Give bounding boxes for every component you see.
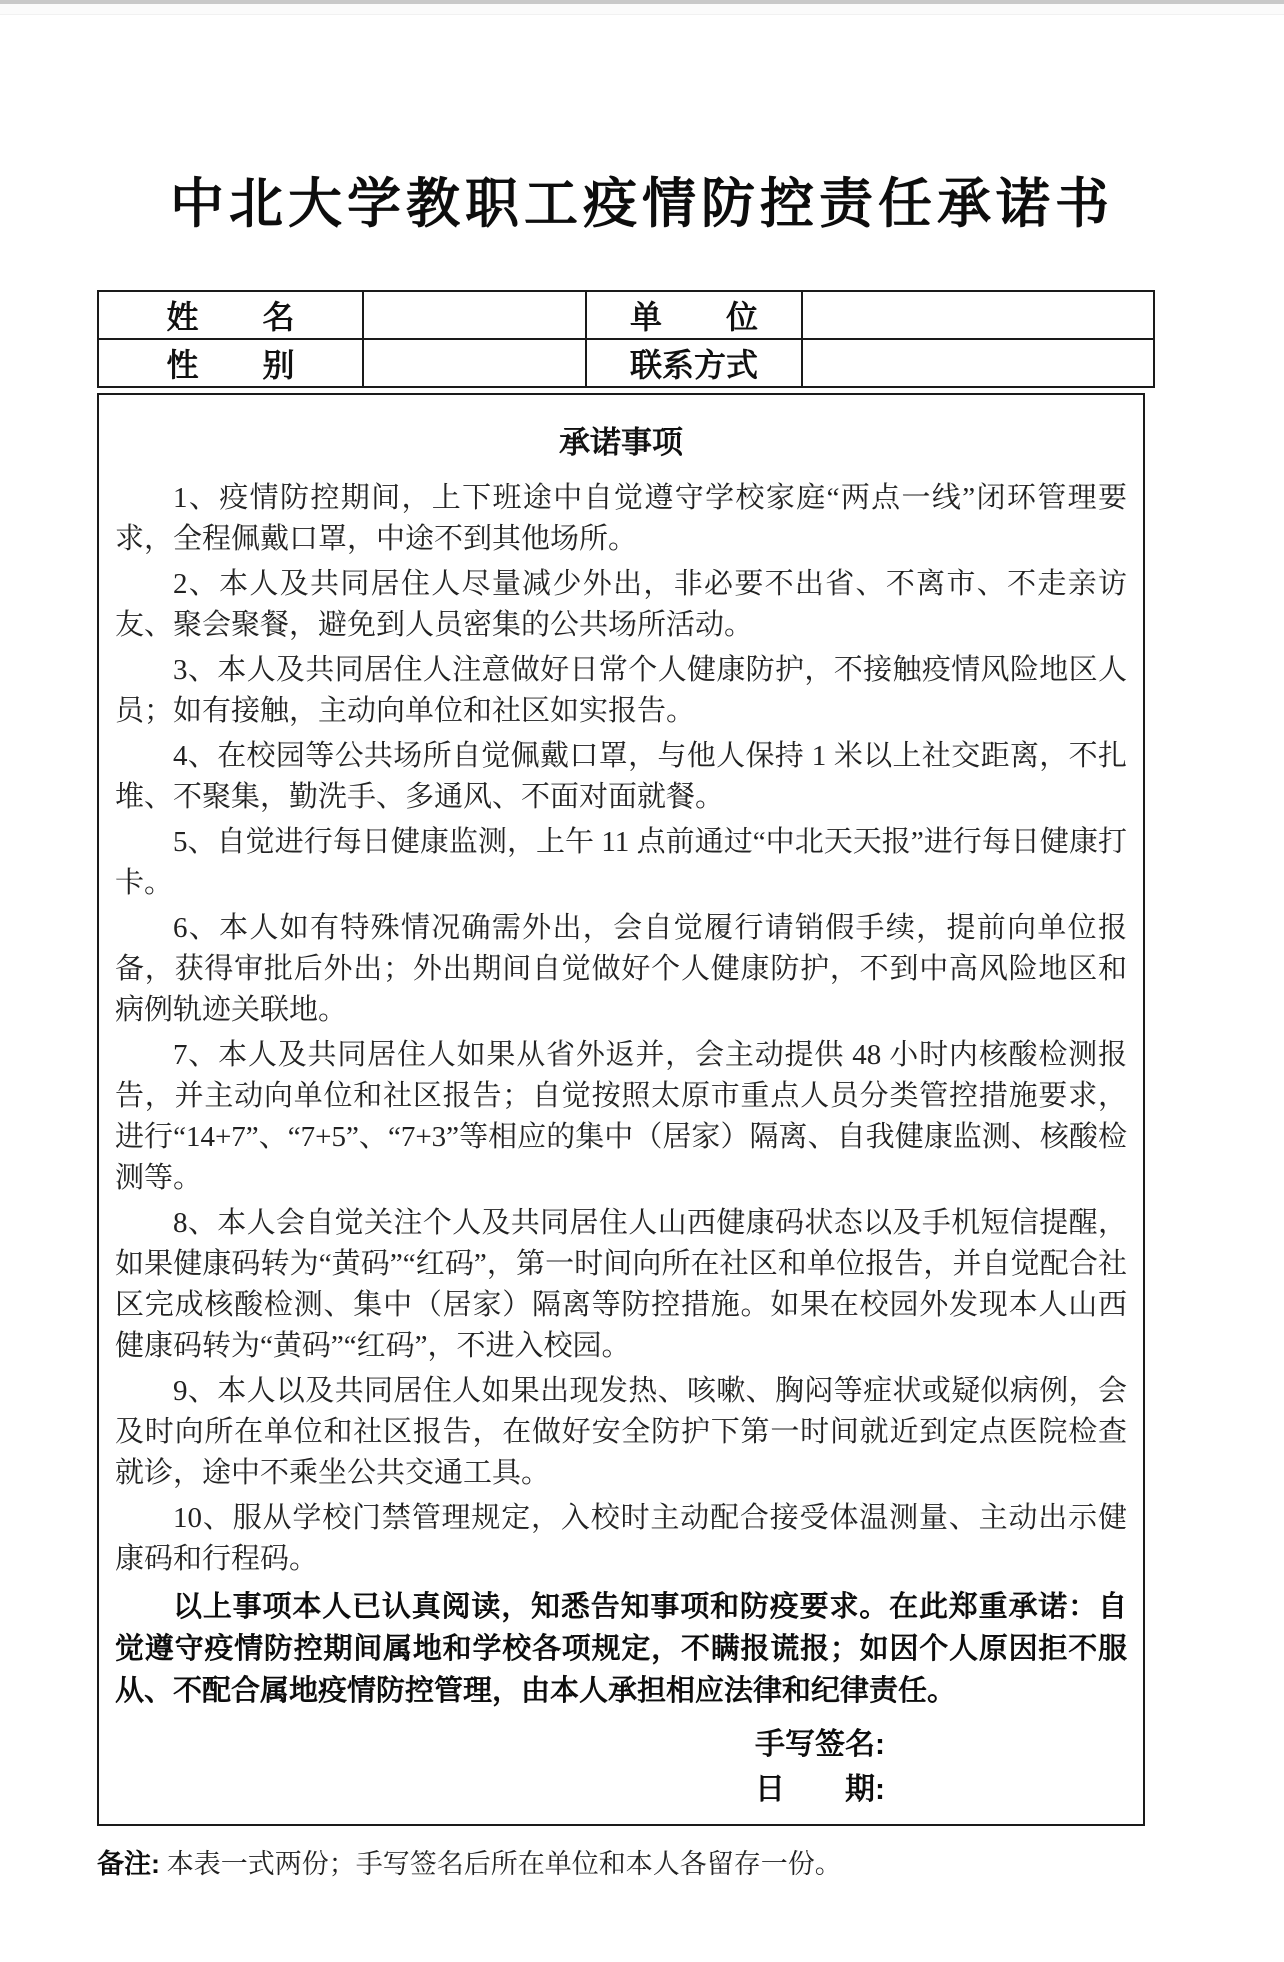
table-row: 性 别 联系方式 bbox=[98, 339, 1154, 387]
page-title: 中北大学教职工疫情防控责任承诺书 bbox=[0, 161, 1284, 238]
footnote-text: 本表一式两份；手写签名后所在单位和本人各留存一份。 bbox=[167, 1849, 842, 1879]
footnote: 备注: 本表一式两份；手写签名后所在单位和本人各留存一份。 bbox=[97, 1842, 1284, 1881]
table-row: 姓 名 单 位 bbox=[98, 291, 1154, 339]
document-body: 姓 名 单 位 性 别 联系方式 承诺事项 1、疫情防控期间，上下班途中自觉遵守… bbox=[97, 290, 1145, 1826]
gender-label-cell: 性 别 bbox=[98, 339, 363, 387]
commitment-item: 5、自觉进行每日健康监测，上午 11 点前通过“中北天天报”进行每日健康打卡。 bbox=[115, 822, 1127, 904]
commitment-item: 8、本人会自觉关注个人及共同居住人山西健康码状态以及手机短信提醒，如果健康码转为… bbox=[115, 1203, 1127, 1367]
contact-value-cell bbox=[802, 339, 1154, 387]
commitment-item: 7、本人及共同居住人如果从省外返并，会主动提供 48 小时内核酸检测报告，并主动… bbox=[115, 1035, 1127, 1199]
commitment-item: 10、服从学校门禁管理规定，入校时主动配合接受体温测量、主动出示健康码和行程码。 bbox=[115, 1498, 1127, 1580]
unit-label-cell: 单 位 bbox=[586, 291, 802, 339]
commitment-item: 9、本人以及共同居住人如果出现发热、咳嗽、胸闷等症状或疑似病例，会及时向所在单位… bbox=[115, 1371, 1127, 1494]
commitment-heading: 承诺事项 bbox=[115, 417, 1127, 462]
signature-label: 手写签名: bbox=[755, 1722, 1127, 1767]
commitment-item: 3、本人及共同居住人注意做好日常个人健康防护，不接触疫情风险地区人员；如有接触，… bbox=[115, 650, 1127, 732]
unit-value-cell bbox=[802, 291, 1154, 339]
document-page: 中北大学教职工疫情防控责任承诺书 姓 名 单 位 性 别 联系方式 承诺事项 1… bbox=[0, 0, 1284, 1962]
name-value-cell bbox=[363, 291, 586, 339]
commitment-item: 1、疫情防控期间，上下班途中自觉遵守学校家庭“两点一线”闭环管理要求，全程佩戴口… bbox=[115, 478, 1127, 560]
contact-label-cell: 联系方式 bbox=[586, 339, 802, 387]
footnote-label: 备注: bbox=[97, 1849, 160, 1879]
commitment-list: 1、疫情防控期间，上下班途中自觉遵守学校家庭“两点一线”闭环管理要求，全程佩戴口… bbox=[115, 478, 1127, 1580]
date-label: 日 期: bbox=[755, 1767, 1127, 1812]
pledge-paragraph: 以上事项本人已认真阅读，知悉告知事项和防疫要求。在此郑重承诺：自觉遵守疫情防控期… bbox=[115, 1586, 1127, 1712]
top-offwhite-strip bbox=[0, 4, 1284, 15]
gender-value-cell bbox=[363, 339, 586, 387]
commitment-item: 6、本人如有特殊情况确需外出，会自觉履行请销假手续，提前向单位报备，获得审批后外… bbox=[115, 908, 1127, 1031]
commitment-item: 2、本人及共同居住人尽量减少外出，非必要不出省、不离市、不走亲访友、聚会聚餐，避… bbox=[115, 564, 1127, 646]
commitment-box: 承诺事项 1、疫情防控期间，上下班途中自觉遵守学校家庭“两点一线”闭环管理要求，… bbox=[97, 393, 1145, 1826]
name-label-cell: 姓 名 bbox=[98, 291, 363, 339]
commitment-item: 4、在校园等公共场所自觉佩戴口罩，与他人保持 1 米以上社交距离，不扎堆、不聚集… bbox=[115, 736, 1127, 818]
info-table: 姓 名 单 位 性 别 联系方式 bbox=[97, 290, 1155, 388]
